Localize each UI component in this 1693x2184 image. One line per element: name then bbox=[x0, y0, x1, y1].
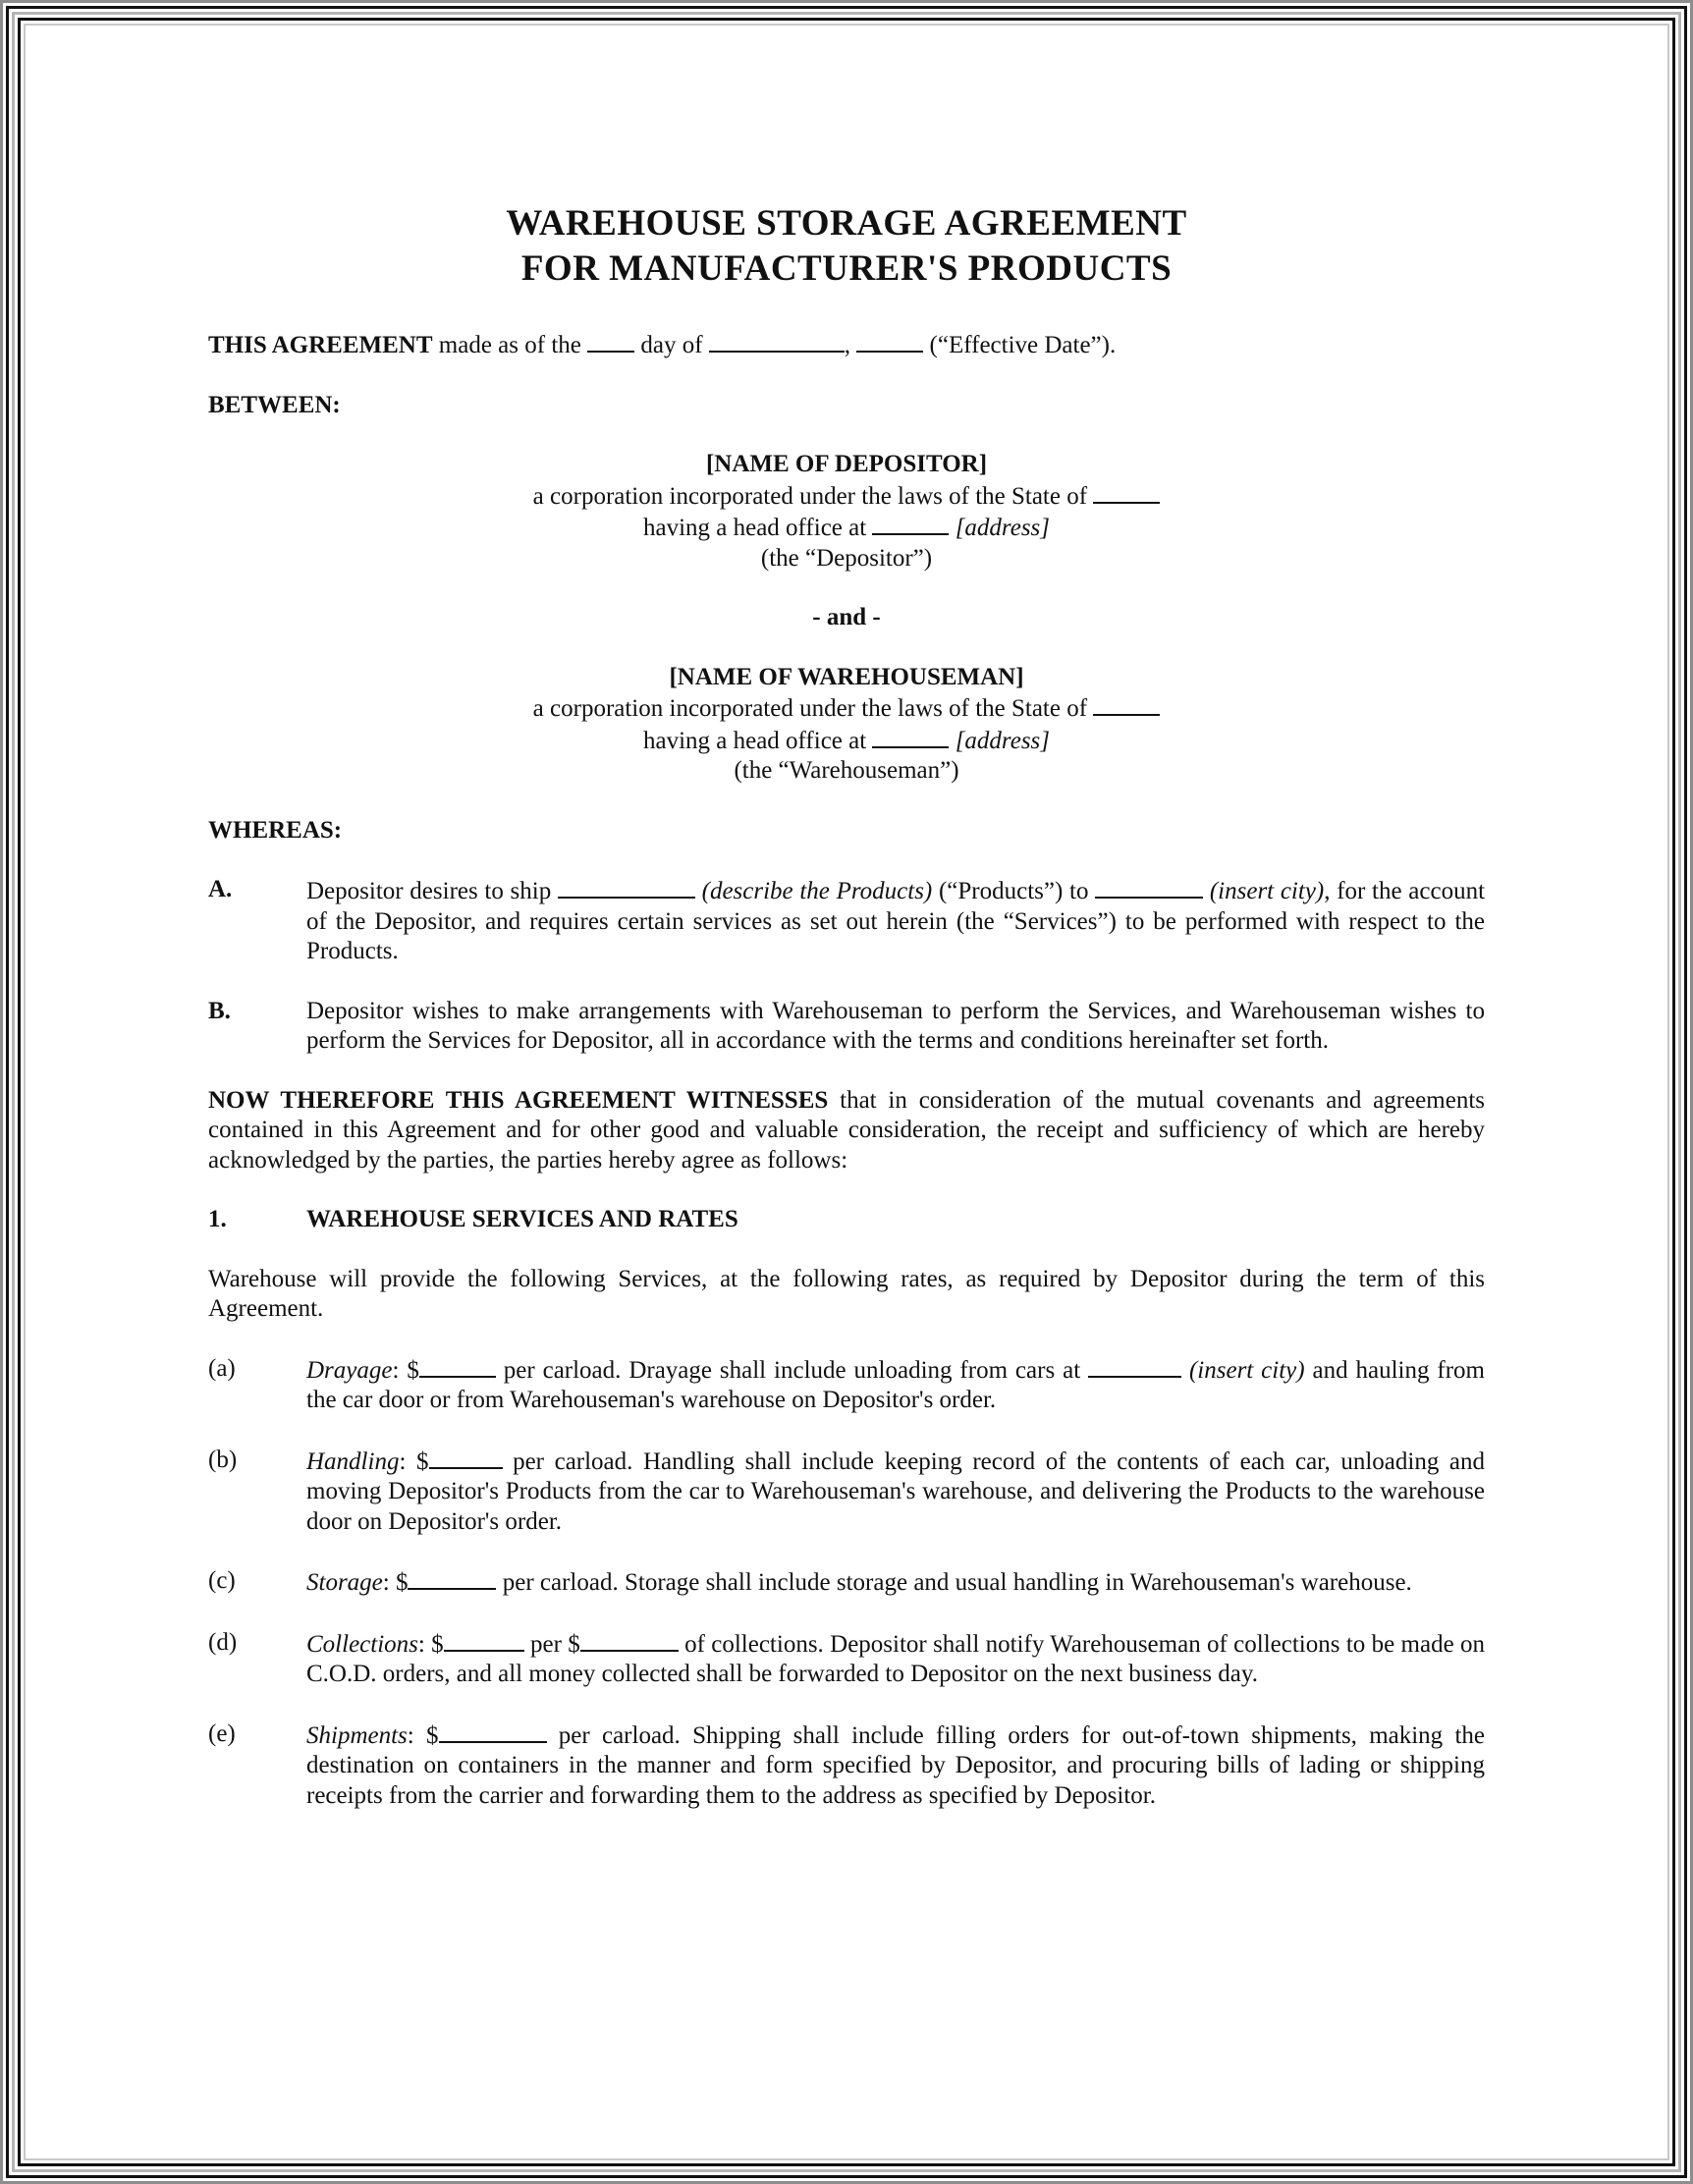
item-text-part: per $ bbox=[524, 1631, 580, 1658]
item-label: (d) bbox=[208, 1628, 306, 1690]
warehouseman-line-2: having a head office at [address] bbox=[208, 725, 1485, 757]
drayage-city-blank[interactable] bbox=[1088, 1354, 1181, 1378]
section-title: WAREHOUSE SERVICES AND RATES bbox=[306, 1205, 738, 1235]
item-text-part: per carload. Storage shall include stora… bbox=[496, 1569, 1411, 1596]
section-1-heading: 1. WAREHOUSE SERVICES AND RATES bbox=[208, 1205, 1485, 1235]
service-item-collections: (d) Collections: $ per $ of collections.… bbox=[208, 1628, 1485, 1690]
item-text: Handling: $ per carload. Handling shall … bbox=[306, 1446, 1485, 1538]
service-term: Storage bbox=[306, 1569, 383, 1596]
service-item-drayage: (a) Drayage: $ per carload. Drayage shal… bbox=[208, 1354, 1485, 1416]
warehouseman-state-blank[interactable] bbox=[1093, 692, 1160, 716]
warehouseman-address-blank[interactable] bbox=[872, 725, 949, 748]
item-text: Shipments: $ per carload. Shipping shall… bbox=[306, 1720, 1485, 1812]
item-label: (c) bbox=[208, 1566, 306, 1599]
collections-rate-blank[interactable] bbox=[444, 1628, 524, 1652]
warehouseman-line-3: (the “Warehouseman”) bbox=[208, 756, 1485, 787]
intro-text: (“Effective Date”). bbox=[923, 332, 1116, 358]
depositor-address-blank[interactable] bbox=[872, 512, 949, 535]
depositor-line-2: having a head office at [address] bbox=[208, 512, 1485, 544]
item-label: (b) bbox=[208, 1446, 306, 1538]
between-label: BETWEEN: bbox=[208, 391, 1485, 421]
depositor-line-3: (the “Depositor”) bbox=[208, 544, 1485, 574]
depositor-state-blank[interactable] bbox=[1093, 480, 1160, 504]
item-label: (e) bbox=[208, 1720, 306, 1812]
now-therefore-paragraph: NOW THEREFORE THIS AGREEMENT WITNESSES t… bbox=[208, 1086, 1485, 1176]
depositor-block: [NAME OF DEPOSITOR] a corporation incorp… bbox=[208, 450, 1485, 573]
recital-text: Depositor wishes to make arrangements wi… bbox=[306, 997, 1485, 1057]
item-text-part: : $ bbox=[418, 1631, 444, 1658]
depositor-name: [NAME OF DEPOSITOR] bbox=[208, 450, 1485, 480]
shipments-rate-blank[interactable] bbox=[439, 1720, 547, 1743]
year-blank[interactable] bbox=[856, 329, 923, 353]
item-label: (a) bbox=[208, 1354, 306, 1416]
service-term: Shipments bbox=[306, 1722, 408, 1749]
service-item-storage: (c) Storage: $ per carload. Storage shal… bbox=[208, 1566, 1485, 1599]
intro-paragraph: THIS AGREEMENT made as of the day of , (… bbox=[208, 329, 1485, 361]
item-text-part: : $ bbox=[392, 1357, 418, 1384]
products-hint: (describe the Products) bbox=[702, 878, 933, 904]
intro-text: , bbox=[845, 332, 857, 358]
handling-rate-blank[interactable] bbox=[429, 1446, 503, 1469]
item-text-part: : $ bbox=[408, 1722, 439, 1749]
and-separator: - and - bbox=[208, 603, 1485, 633]
collections-base-blank[interactable] bbox=[580, 1628, 679, 1652]
title-line-2: FOR MANUFACTURER'S PRODUCTS bbox=[208, 246, 1485, 292]
item-text-part: : $ bbox=[383, 1569, 409, 1596]
service-term: Handling bbox=[306, 1448, 399, 1475]
item-text-part: per carload. Drayage shall include unloa… bbox=[496, 1357, 1088, 1384]
title-line-1: WAREHOUSE STORAGE AGREEMENT bbox=[208, 201, 1485, 246]
service-term: Collections bbox=[306, 1631, 418, 1658]
storage-rate-blank[interactable] bbox=[408, 1566, 496, 1590]
warehouseman-state-text: a corporation incorporated under the law… bbox=[533, 695, 1094, 722]
item-text: Collections: $ per $ of collections. Dep… bbox=[306, 1628, 1485, 1690]
intro-text: made as of the bbox=[433, 332, 588, 358]
item-text-part: : $ bbox=[399, 1448, 428, 1475]
service-term: Drayage bbox=[306, 1357, 392, 1384]
document-title: WAREHOUSE STORAGE AGREEMENT FOR MANUFACT… bbox=[208, 201, 1485, 292]
city-blank[interactable] bbox=[1095, 875, 1203, 899]
warehouseman-name: [NAME OF WAREHOUSEMAN] bbox=[208, 663, 1485, 693]
depositor-address-hint: [address] bbox=[956, 515, 1050, 541]
recital-label: B. bbox=[208, 997, 306, 1057]
section-number: 1. bbox=[208, 1205, 306, 1235]
service-item-handling: (b) Handling: $ per carload. Handling sh… bbox=[208, 1446, 1485, 1538]
recital-b: B. Depositor wishes to make arrangements… bbox=[208, 997, 1485, 1057]
drayage-rate-blank[interactable] bbox=[419, 1354, 496, 1378]
section-1-intro: Warehouse will provide the following Ser… bbox=[208, 1265, 1485, 1325]
city-hint: (insert city) bbox=[1210, 878, 1324, 904]
document-page: WAREHOUSE STORAGE AGREEMENT FOR MANUFACT… bbox=[208, 201, 1485, 1811]
recital-label: A. bbox=[208, 875, 306, 967]
whereas-label: WHEREAS: bbox=[208, 816, 1485, 846]
warehouseman-address-hint: [address] bbox=[956, 728, 1050, 754]
depositor-line-1: a corporation incorporated under the law… bbox=[208, 480, 1485, 513]
recital-text-part: Depositor desires to ship bbox=[306, 878, 558, 904]
month-blank[interactable] bbox=[709, 329, 845, 353]
warehouseman-line-1: a corporation incorporated under the law… bbox=[208, 692, 1485, 725]
products-blank[interactable] bbox=[558, 875, 695, 899]
item-text: Storage: $ per carload. Storage shall in… bbox=[306, 1566, 1485, 1599]
intro-text: day of bbox=[634, 332, 709, 358]
recital-a: A. Depositor desires to ship (describe t… bbox=[208, 875, 1485, 967]
recital-text: Depositor desires to ship (describe the … bbox=[306, 875, 1485, 967]
depositor-address-text: having a head office at bbox=[643, 515, 872, 541]
depositor-state-text: a corporation incorporated under the law… bbox=[533, 483, 1094, 510]
intro-bold-lead: THIS AGREEMENT bbox=[208, 332, 433, 358]
service-item-shipments: (e) Shipments: $ per carload. Shipping s… bbox=[208, 1720, 1485, 1812]
warehouseman-address-text: having a head office at bbox=[643, 728, 872, 754]
now-therefore-lead: NOW THEREFORE THIS AGREEMENT WITNESSES bbox=[208, 1087, 828, 1114]
day-blank[interactable] bbox=[587, 329, 634, 353]
recital-text-part: (“Products”) to bbox=[932, 878, 1095, 904]
warehouseman-block: [NAME OF WAREHOUSEMAN] a corporation inc… bbox=[208, 663, 1485, 787]
city-hint: (insert city) bbox=[1189, 1357, 1305, 1384]
item-text: Drayage: $ per carload. Drayage shall in… bbox=[306, 1354, 1485, 1416]
